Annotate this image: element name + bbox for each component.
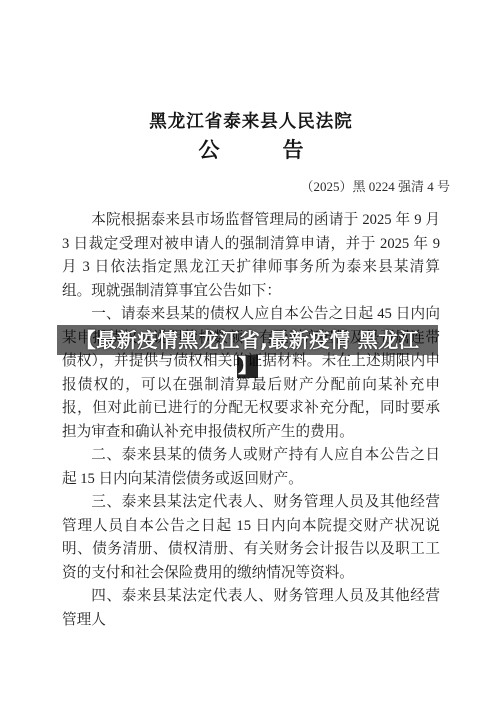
body-paragraph-item-4: 四、泰来县某法定代表人、财务管理人员及其他经营管理人	[62, 585, 440, 632]
announcement-body: 本院根据泰来县市场监督管理局的函请于 2025 年 9 月 3 日裁定受理对被申…	[62, 209, 440, 632]
document-type-title: 公 告	[62, 134, 440, 164]
body-paragraph-intro: 本院根据泰来县市场监督管理局的函请于 2025 年 9 月 3 日裁定受理对被申…	[62, 209, 440, 303]
body-paragraph-item-2: 二、泰来县某的债务人或财产持有人应自本公告之日起 15 日内向某清偿债务或返回财…	[62, 444, 440, 491]
court-name: 黑龙江省泰来县人民法院	[62, 108, 440, 133]
case-number: （2025）黑 0224 强清 4 号	[300, 176, 450, 195]
body-paragraph-item-3: 三、泰来县某法定代表人、财务管理人员及其他经营管理人员自本公告之日起 15 日内…	[62, 491, 440, 585]
body-paragraph-item-1: 一、请泰来县某的债权人应自本公告之日起 45 日内向某申报债权（说明债权数额、有…	[62, 303, 440, 444]
court-announcement-page: 黑龙江省泰来县人民法院 公 告 （2025）黑 0224 强清 4 号 本院根据…	[0, 0, 500, 706]
